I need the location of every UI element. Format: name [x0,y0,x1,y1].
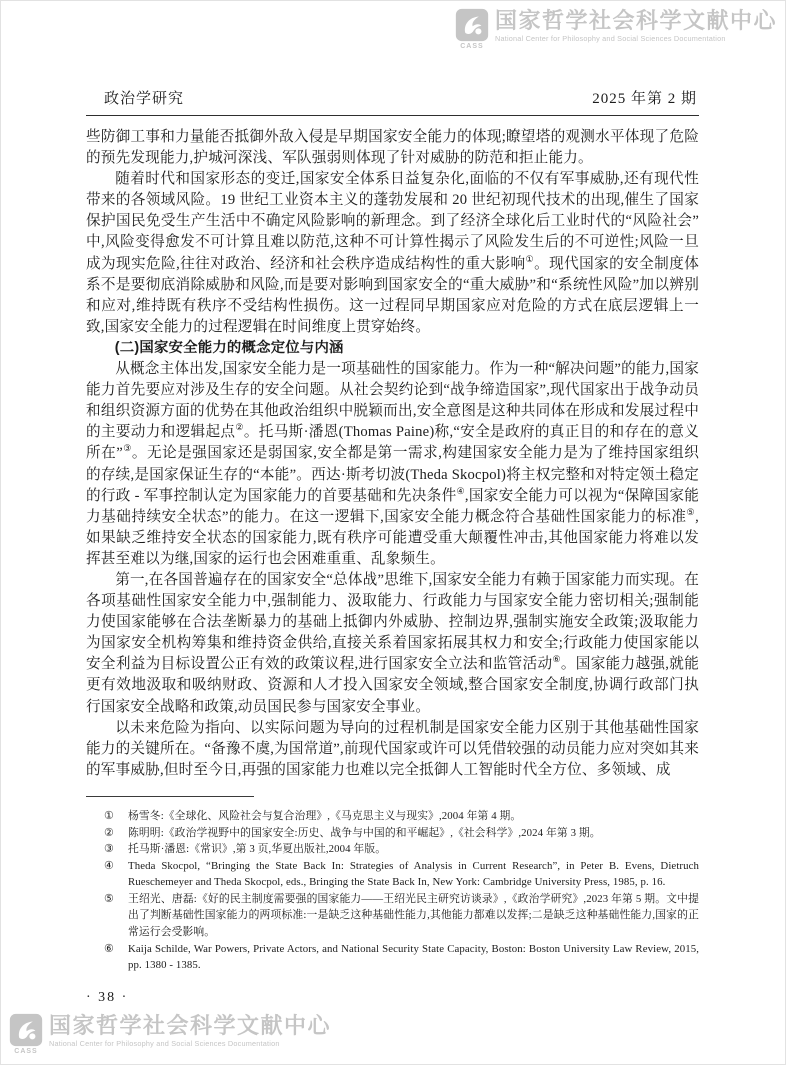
cass-subtitle-en: National Center for Philosophy and Socia… [495,34,777,43]
footnote-text: Kaija Schilde, War Powers, Private Actor… [128,941,699,974]
body-paragraph: 些防御工事和力量能否抵御外敌入侵是早期国家安全能力的体现;瞭望塔的观测水平体现了… [86,127,699,169]
page-sheet: 政治学研究 2025 年第 2 期 些防御工事和力量能否抵御外敌入侵是早期国家安… [1,1,785,1006]
journal-title: 政治学研究 [104,87,184,108]
page-number: · 38 · [86,990,699,1006]
cass-watermark-top: CASS 国家哲学社会科学文献中心 National Center for Ph… [455,8,777,51]
journal-page: CASS 国家哲学社会科学文献中心 National Center for Ph… [0,0,786,1065]
cass-acronym: CASS [460,43,483,51]
cass-title-cn: 国家哲学社会科学文献中心 [49,1013,331,1039]
footnote-separator [86,796,254,797]
section-heading: (二)国家安全能力的概念定位与内涵 [86,338,699,359]
body-paragraph: 第一,在各国普遍存在的国家安全“总体战”思维下,国家安全能力有赖于国家能力而实现… [86,570,699,718]
cass-logo-icon [455,8,489,42]
footnote-text: 杨雪冬:《全球化、风险社会与复合治理》,《马克思主义与现实》,2004 年第 4… [128,808,699,825]
article-body: 些防御工事和力量能否抵御外敌入侵是早期国家安全能力的体现;瞭望塔的观测水平体现了… [86,127,699,781]
cass-title-cn: 国家哲学社会科学文献中心 [495,8,777,34]
footnote-item: ③ 托马斯·潘恩:《常识》,第 3 页,华夏出版社,2004 年版。 [104,841,699,858]
footnote-marker: ④ [104,858,128,891]
footnote-marker: ① [104,808,128,825]
footnote-item: ② 陈明明:《政治学视野中的国家安全:历史、战争与中国的和平崛起》,《社会科学》… [104,825,699,842]
cass-watermark-bottom: CASS 国家哲学社会科学文献中心 National Center for Ph… [9,1013,331,1056]
footnote-item: ① 杨雪冬:《全球化、风险社会与复合治理》,《马克思主义与现实》,2004 年第… [104,808,699,825]
footnote-text: 王绍光、唐磊:《好的民主制度需要强的国家能力——王绍光民主研究访谈录》,《政治学… [128,891,699,941]
body-paragraph: 随着时代和国家形态的变迁,国家安全体系日益复杂化,面临的不仅有军事威胁,还有现代… [86,169,699,338]
footnote-marker: ③ [104,841,128,858]
footnote-item: ⑤ 王绍光、唐磊:《好的民主制度需要强的国家能力——王绍光民主研究访谈录》,《政… [104,891,699,941]
footnote-item: ④ Theda Skocpol, “Bringing the State Bac… [104,858,699,891]
cass-logo-block: CASS [9,1013,43,1056]
cass-logo-icon [9,1013,43,1047]
cass-acronym: CASS [14,1048,37,1056]
footnote-list: ① 杨雪冬:《全球化、风险社会与复合治理》,《马克思主义与现实》,2004 年第… [86,808,699,974]
footnote-item: ⑥ Kaija Schilde, War Powers, Private Act… [104,941,699,974]
footnote-text: 托马斯·潘恩:《常识》,第 3 页,华夏出版社,2004 年版。 [128,841,699,858]
footnote-text: Theda Skocpol, “Bringing the State Back … [128,858,699,891]
cass-subtitle-en: National Center for Philosophy and Socia… [49,1039,331,1048]
footnote-marker: ② [104,825,128,842]
footnote-marker: ⑥ [104,941,128,974]
cass-logo-block: CASS [455,8,489,51]
footnote-marker: ⑤ [104,891,128,941]
issue-label: 2025 年第 2 期 [592,87,697,108]
body-paragraph: 以未来危险为指向、以实际问题为导向的过程机制是国家安全能力区别于其他基础性国家能… [86,718,699,781]
running-head: 政治学研究 2025 年第 2 期 [86,87,699,116]
body-paragraph: 从概念主体出发,国家安全能力是一项基础性的国家能力。作为一种“解决问题”的能力,… [86,359,699,570]
footnote-text: 陈明明:《政治学视野中的国家安全:历史、战争与中国的和平崛起》,《社会科学》,2… [128,825,699,842]
